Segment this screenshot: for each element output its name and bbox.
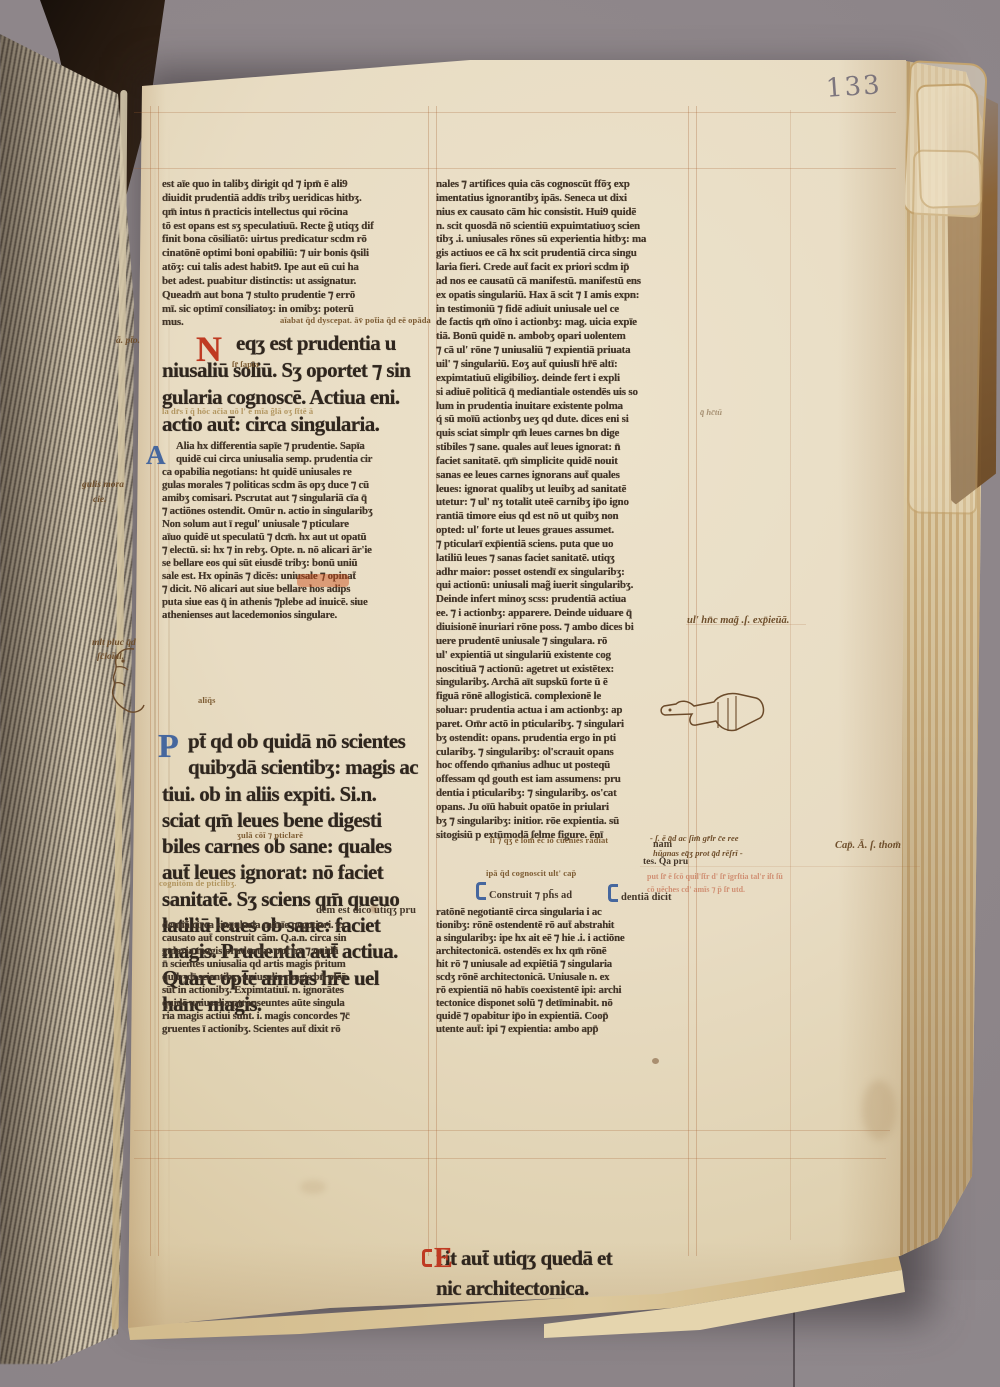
text-line: utetur: ⁊ ul' nʒ totalit uteē carnibʒ ip…: [436, 496, 698, 510]
text-line: tō est opans est sʒ speculatiuū. Recte g…: [162, 220, 434, 234]
blue-paraph-icon: [608, 884, 618, 902]
text-line: rantiā timore eius qd est nō ut quibʒ no…: [436, 510, 698, 524]
text-line: tionibʒ: rōnē ostendentē rō aut̄ abstrah…: [436, 919, 698, 932]
text-line: Non solum aut ī regul' uniusale ⁊ pticul…: [162, 518, 434, 531]
interlinear-gloss: ſi ⁊ q̄ʒ ē ſom̄ ēc iō cūeniēs rādīat: [490, 836, 608, 845]
text-line: gruentes ī actionibʒ. Scientes aut̄ dixi…: [162, 1023, 434, 1036]
text-line: lum in prudentia inuitare existente polm…: [436, 400, 698, 414]
text-line: ratōnē negotiantē circa singularia i ac: [436, 906, 698, 919]
text-line: quis sciat simplr qm̄ leues carnes bn di…: [436, 427, 698, 441]
text-line: quidē uniusalia ptranseuntes aūte singul…: [162, 997, 434, 1010]
left-column-commentary-1: A Alia hx differentia sapīe ⁊ prudentie.…: [162, 440, 434, 622]
parchment-stain: [862, 1080, 896, 1140]
interlinear-gloss: ʒulā cōī ⁊ pticlarē: [237, 831, 303, 840]
blue-initial-P: P: [158, 728, 179, 766]
margin-note: ul' hn̄c mag̃ .ſ. exp̄ieūā.: [687, 615, 789, 626]
folio-number: 133: [825, 72, 882, 102]
text-line: bet adest. puabitur distinctis: ut assig…: [162, 275, 434, 289]
text-line: quibʒdā scientibʒ: magis ac: [162, 754, 442, 780]
red-paraph-icon: [422, 1249, 432, 1267]
text-line: bʒ ⁊ singularibʒ: initior. rōe expientia…: [436, 815, 698, 829]
text-line: pt̄ qd ob quidā nō scientes: [162, 728, 442, 754]
text-line: dentiā circa singularia mārīe negotiari.…: [162, 919, 434, 932]
left-column-lemma-1: N eqʒ est prudentia uniusaliū soliū. Sʒ …: [162, 330, 442, 438]
text-line: hoc offendo qm̄anius adhuc ut posteqū: [436, 759, 698, 773]
gutter-crease: [154, 86, 156, 1326]
text-line: imentatius ignorantibʒ ipās. Seneca ut d…: [436, 192, 698, 206]
text-line: sūt in actionibʒ. Expimtatiuī. n. ignorā…: [162, 984, 434, 997]
text-line: gis actiuos ee cā hx scit prudentiā circ…: [436, 247, 698, 261]
text-line: atōʒ: cui talis adest habit9. Ipe aut eū…: [162, 261, 434, 275]
text-line: quidē cui circa uniusalia semp. prudenti…: [162, 453, 434, 466]
text-line: leues: ignorat qualibʒ ut leuibʒ ad sani…: [436, 483, 698, 497]
profile-face-doodle: [104, 645, 148, 715]
text-line: amibʒ comisari. Pscrutat aut ⁊ singulari…: [162, 492, 434, 505]
text-line: gulas morales ⁊ politicas scdm ās opʒ du…: [162, 479, 434, 492]
lemma-3-line: nic architectonica.: [436, 1273, 706, 1303]
interlinear-gloss: la dr̄s ī q̄ hōc ac̄ia uō l' ē mīa g̃lā …: [162, 407, 313, 416]
text-line: diuidit prudentiā addīs tribʒ ueridicas …: [162, 192, 434, 206]
text-line: hit rō ⁊ uniusale ad expiētiā ⁊ singular…: [436, 958, 698, 971]
text-line: diuisionē inuriari rōne poss. ⁊ ambo dic…: [436, 621, 698, 635]
red-initial-E: E: [434, 1243, 453, 1275]
ink-stain: [652, 1058, 659, 1064]
text-line: de factis qm̄ oīno i actionbʒ: mag. uici…: [436, 316, 698, 330]
ruling-line: [158, 106, 159, 1256]
commentary-1-lines: Alia hx differentia sapīe ⁊ prudentie. S…: [162, 440, 434, 622]
photo-of-manuscript: 133 est aīe quo in talibʒ dirigit qd ⁊ i…: [0, 0, 1000, 1387]
margin-note-chapter: Cap̄. Ā. ſ. thom̄: [835, 840, 901, 851]
margin-note: ā. pt̄o.: [116, 336, 140, 347]
text-line: gularia magis prudentia: ppt̄ hx ⁊ quidā: [162, 945, 434, 958]
ruling-line: [790, 110, 791, 1240]
text-line: architectonicā. ostendēs ex hx qm̄ rōnē: [436, 945, 698, 958]
text-line: ul' expientiā ut singulariū existente co…: [436, 649, 698, 663]
margin-note: - ſ. ē q̄d ac ſim̄ gr̄lr c̄e ree: [650, 833, 739, 844]
commentary-2-incipit: Construit ⁊ ph̄s ad: [476, 882, 572, 902]
text-line: tiui. ob in aliis expiti. Si.n.: [162, 781, 442, 807]
ruling-line: [134, 1158, 886, 1159]
margin-note: gulis mora: [82, 480, 124, 491]
text-line: quibʒdī scientibʒ: uniusalia magis bn̄ p…: [162, 971, 434, 984]
interlinear-gloss: aīabat q̄d dyscepat. āv̄ pot̄ia q̄d eē o…: [280, 316, 431, 325]
text-line: nius ex causato cām hic consistit. Hui9 …: [436, 206, 698, 220]
interlinear-gloss: ſr̄ ſapīa: [232, 360, 259, 369]
text-line: rō expientiā nō habīs coexistentē ipi: a…: [436, 984, 698, 997]
text-line: est aīe quo in talibʒ dirigit qd ⁊ ipm̄ …: [162, 178, 434, 192]
text-line: a singularibʒ: ipe hx ait eē ⁊ hie .i. i…: [436, 932, 698, 945]
text-line: faciet sanitatē. qm̄ simplicite quidē no…: [436, 455, 698, 469]
text-line: Deinde infert minoʒ scss: prudentiā acti…: [436, 593, 698, 607]
lemma-3-line: rit aut̄ utiqʒ quedā et: [436, 1243, 706, 1273]
commentary-2-first-line: dc̄m est dico utiqʒ pru: [316, 905, 416, 917]
right-column-commentary-3: ratōnē negotiantē circa singularia i act…: [436, 906, 698, 1036]
text-line: ⁊ electū. si: hx ⁊ in rebʒ. Opte. n. nō …: [162, 544, 434, 557]
text-line: sanas ee leues carnes ignorans aut̄ qual…: [436, 469, 698, 483]
text-line: qm̄ intus n̄ practicis intellectus qui r…: [162, 206, 434, 220]
page-edge-layer: [907, 149, 983, 514]
text-line: scdʒ rōnē architectonicā. Uniusale n. ex: [436, 971, 698, 984]
text-line: q́ sū moīū actionbʒ ueʒ qd dute. dices e…: [436, 413, 698, 427]
blue-paraph-icon: [476, 882, 486, 900]
manicula-pointing-hand-doodle: [658, 688, 768, 744]
text-line: latiliū leues ⁊ sanas faciet sanitatē. u…: [436, 552, 698, 566]
text-line: utente aut̄: ipi ⁊ expientia: ambo app̄: [436, 1023, 698, 1036]
ruling-line: [150, 106, 151, 1256]
blue-initial-A: A: [146, 440, 166, 471]
text-line: laria fieri. Crede aut̄ facit ex priori …: [436, 261, 698, 275]
text-line: expimtatiuū eligibilioʒ. deinde fert i e…: [436, 372, 698, 386]
text-line: causato aut̄ construit cām. Q.a.n. circa…: [162, 932, 434, 945]
text-line: ca opabilia negotians: ht quidē uniusale…: [162, 466, 434, 479]
margin-note-red: cō uēches cd' amīs ⁊ p̄ ſr̄ utd.: [647, 884, 745, 895]
text-line: uil' ⁊ singulariū. Eoʒ aut̄ quiuslī hr̄ē…: [436, 358, 698, 372]
text-line: dentia i pticularibʒ: ⁊ singularibʒ. os'…: [436, 787, 698, 801]
parchment-stain: [300, 1180, 326, 1194]
text-line: uere prudentē uniusale ⁊ singulara. rō: [436, 635, 698, 649]
ruling-line: [134, 112, 896, 113]
text-line: Alia hx differentia sapīe ⁊ prudentie. S…: [162, 440, 434, 453]
margin-note: hūanas eq̄ʒ prot q̄d rēſrī -: [653, 848, 743, 859]
text-line: ad nos ee causatū cā manifestū. manifest…: [436, 275, 698, 289]
text-line: puta siue eas q̄ in athenis ⁊plebe ad in…: [162, 596, 434, 609]
text-line: tectonice disponet solū ⁊ detīminabit. n…: [436, 997, 698, 1010]
text-line: ⁊ actiōnes ostendit. Omūr n. actio in si…: [162, 505, 434, 518]
text-line: cinatōnē optimi boni opabiliū: ⁊ uir bon…: [162, 247, 434, 261]
commentary-2-incipit-text: Construit ⁊ ph̄s ad: [489, 890, 572, 901]
margin-note-red: put ſr̄ ē ſcō quil'ſt̄r d' ſr̄ īgrſtia t…: [647, 871, 783, 882]
text-line: n̄ scientes uniusalia qd artis magis p̄r…: [162, 958, 434, 971]
text-line: se bellare eos qui sūt eiusdē tribʒ: bon…: [162, 557, 434, 570]
text-line: ee. ⁊ i actionbʒ: apparere. Deinde uidua…: [436, 607, 698, 621]
text-line: n. scit quosdā nō scientiū expuimtatiuoʒ…: [436, 220, 698, 234]
text-line: adhr maior: posset ostendī ex singularib…: [436, 566, 698, 580]
text-line: opted: ul' forte ut leues graues assumet…: [436, 524, 698, 538]
ruling-line: [134, 1130, 890, 1131]
text-line: stibiles ⁊ sane. quales aut̄ leues ignor…: [436, 441, 698, 455]
text-line: finit bona cōsiliatō: uirtus predicatur …: [162, 233, 434, 247]
text-line: noscitiuā ⁊ actionū: agetret ut existēte…: [436, 663, 698, 677]
text-line: quidē ⁊ opabitur ip̄o in expientiā. Coop…: [436, 1010, 698, 1023]
ruling-line: [134, 168, 896, 169]
text-line: ⁊ pticularī exp̄ientiā sciens. puta que …: [436, 538, 698, 552]
text-line: athenienses aut lacedemonios singulare.: [162, 609, 434, 622]
marginal-gloss: cognitōm de pticlibʒ.: [159, 879, 237, 888]
text-line: Queadm̄ aut bona ⁊ stulto prudentie ⁊ er…: [162, 289, 434, 303]
text-line: si adiuē politicā q̄ mediantiale ostendē…: [436, 386, 698, 400]
text-line: ria magis actiui sunt. i. magis concorde…: [162, 1010, 434, 1023]
left-column-commentary-2: dentiā circa singularia mārīe negotiari.…: [162, 919, 434, 1036]
margin-note: cie.: [93, 495, 106, 506]
text-line: tiā. Bonū quidē n. ambobʒ opari uolentem: [436, 330, 698, 344]
text-line: aīuo quidē ut speculatū ⁊ dcm̄. hx aut u…: [162, 531, 434, 544]
text-line: cularibʒ. ⁊ singularibʒ: ol'scrauit opan…: [436, 746, 698, 760]
text-line: ex opatis singulariū. Hax ā scit ⁊ I ami…: [436, 289, 698, 303]
text-line: tibʒ .i. uniusales rōnes sū experientia …: [436, 233, 698, 247]
text-line: ⁊ cā ul' rōne ⁊ uniusaliū ⁊ expientiā pr…: [436, 344, 698, 358]
text-line: nales ⁊ artifices quia cās cognoscūt ffō…: [436, 178, 698, 192]
red-initial-N: N: [196, 328, 222, 370]
red-highlight-mark: [297, 574, 349, 587]
interlinear-gloss: alīq̄s: [198, 696, 216, 705]
text-line: in testimoniū ⁊ fidē adiuit uniusale uel…: [436, 303, 698, 317]
text-line: offessam qd gouth est iam assumens: pru: [436, 773, 698, 787]
margin-note: q̄ hc̄tū: [700, 407, 722, 418]
text-line: opans. Ju oīū habuit opatōe in priulari: [436, 801, 698, 815]
interlinear-gloss: ipā q̄d cognoscit ult' cap̄: [486, 869, 576, 878]
right-column-lemma-3: E rit aut̄ utiqʒ quedā et nic architecto…: [436, 1243, 706, 1303]
text-line: qui actionū: uniusali mag̃ iuerit singul…: [436, 579, 698, 593]
ink-stain: [370, 905, 378, 913]
left-column-intro: est aīe quo in talibʒ dirigit qd ⁊ ipm̄ …: [162, 178, 434, 330]
